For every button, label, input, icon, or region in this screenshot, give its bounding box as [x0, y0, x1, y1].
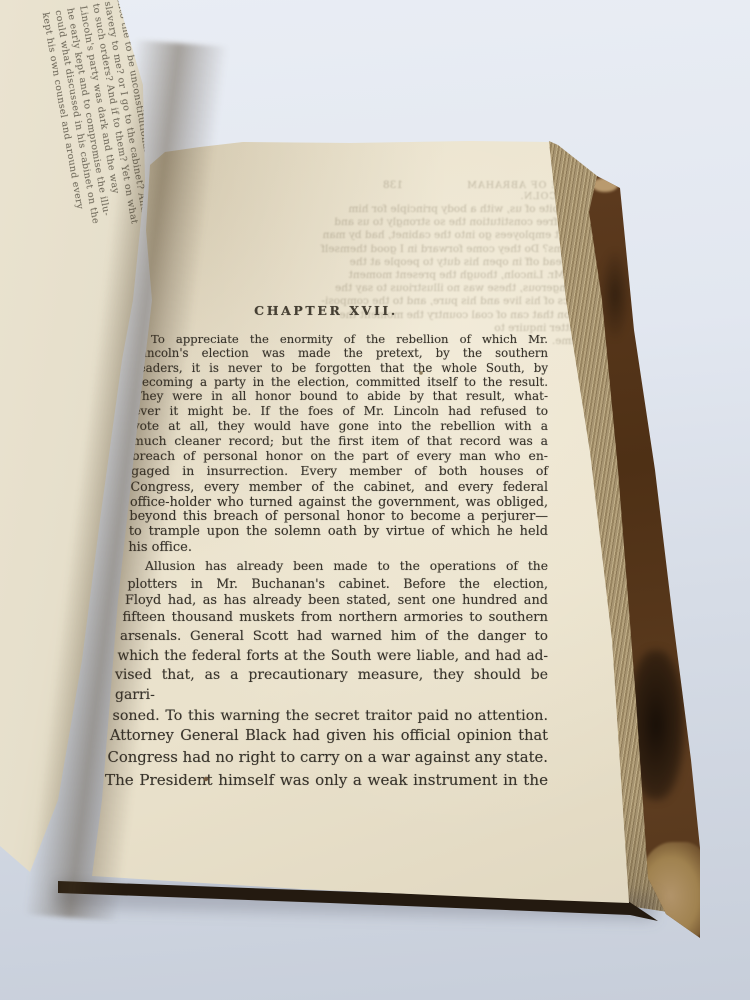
text-line: dangerous, these was no illustrious to s… [287, 282, 579, 295]
ghost-page-number: 138 [383, 179, 403, 191]
text-line: Sent employees go into the cabinet, had … [287, 229, 579, 242]
text-line: In Mr. Lincoln, though the present momen… [287, 269, 579, 282]
text-line: terms? Do they come forward in I good th… [287, 243, 579, 256]
text-line: our free constitution the so strongly to… [287, 216, 579, 229]
paragraph-2: Allusion has already been made to the op… [130, 558, 548, 791]
leather-dark-patch-upper [600, 250, 630, 340]
text-line: to lead off in open his duty to people a… [287, 256, 579, 269]
ghost-showthrough-lines: In spite of us, with a body principle fo… [287, 203, 579, 348]
text-line: In spite of us, with a body principle fo… [287, 203, 579, 216]
book-photo: ABRAHAM LINCOLN. ly supreme court decisi… [0, 0, 750, 1000]
